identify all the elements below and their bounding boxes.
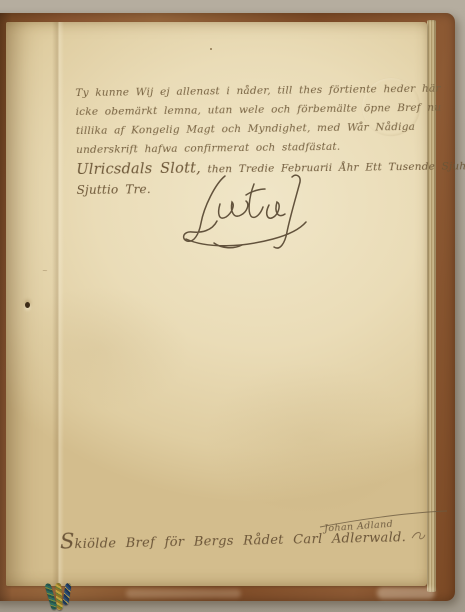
signature-gustaf [168,170,323,260]
leather-scuff [377,587,435,599]
book-cover: ~ Ty kunne Wij ej allenast i nåder, till… [0,13,455,601]
cord-thread [62,583,71,606]
leather-scuff [126,589,241,598]
seal-cord-tassel [46,583,80,612]
docket-text: kiölde Bref för Bergs Rådet Carl Adlerwa… [74,530,406,552]
docket-line: Skiölde Bref för Bergs Rådet Carl Adlerw… [60,523,390,554]
sewing-hole [25,302,30,308]
parchment-page: ~ Ty kunne Wij ej allenast i nåder, till… [6,22,427,586]
ink-speck [210,48,212,50]
gutter-mark: ~ [42,267,50,273]
manuscript-photo: ~ Ty kunne Wij ej allenast i nåder, till… [0,0,465,612]
cord-thread [55,583,63,610]
page-gutter-shadow [52,22,64,586]
gustaf-signature-drawing [168,170,323,260]
docket-flourish [410,528,426,545]
docket-initial: S [60,529,75,553]
